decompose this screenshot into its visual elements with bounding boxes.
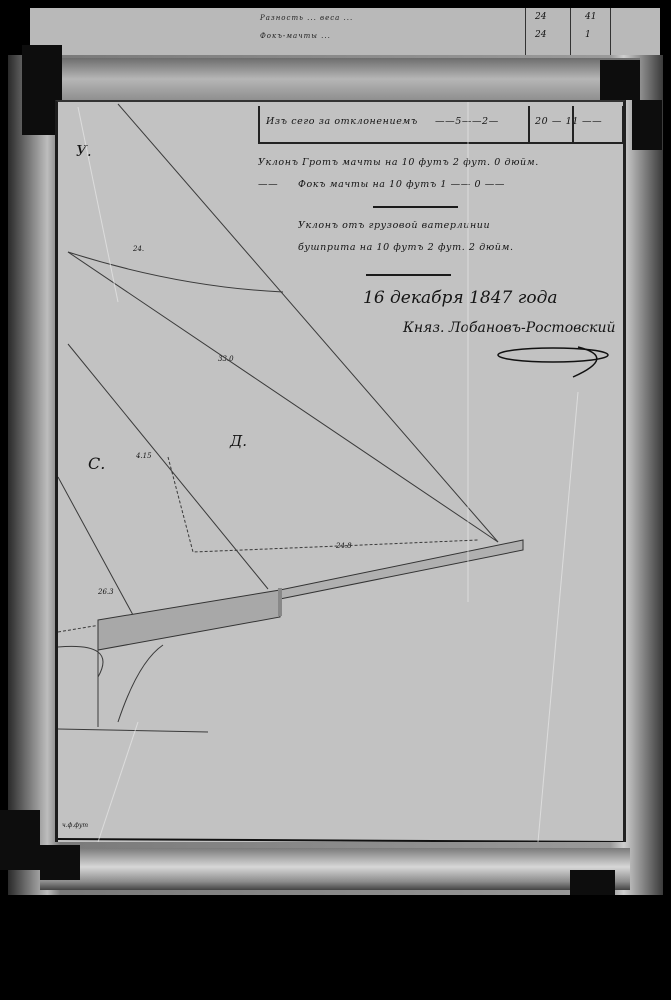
strip-val: 41	[585, 12, 596, 22]
drawing-paper: Изъ сего за отклонениемъ ——5——2— 20 — 11…	[55, 100, 626, 842]
frame-bottom-bar	[40, 848, 630, 890]
adjacent-document-strip: Разность ... веса ... Фокъ-мачты ... 24 …	[30, 8, 660, 59]
strip-row-2: Фокъ-мачты ...	[260, 32, 331, 40]
frame-clip-bottom-left	[0, 810, 40, 870]
strip-val: 24	[535, 30, 546, 40]
frame-clip-right	[632, 100, 662, 150]
frame-top-bar	[40, 58, 640, 100]
frame-clip-bottom-left-2	[40, 845, 80, 880]
dark-background	[0, 895, 671, 1000]
strip-val: 24	[535, 12, 546, 22]
strip-val: 1	[585, 30, 591, 40]
technical-drawing-lines	[58, 102, 623, 842]
strip-row-1: Разность ... веса ...	[260, 14, 353, 22]
frame-clip-top-right	[600, 60, 640, 100]
